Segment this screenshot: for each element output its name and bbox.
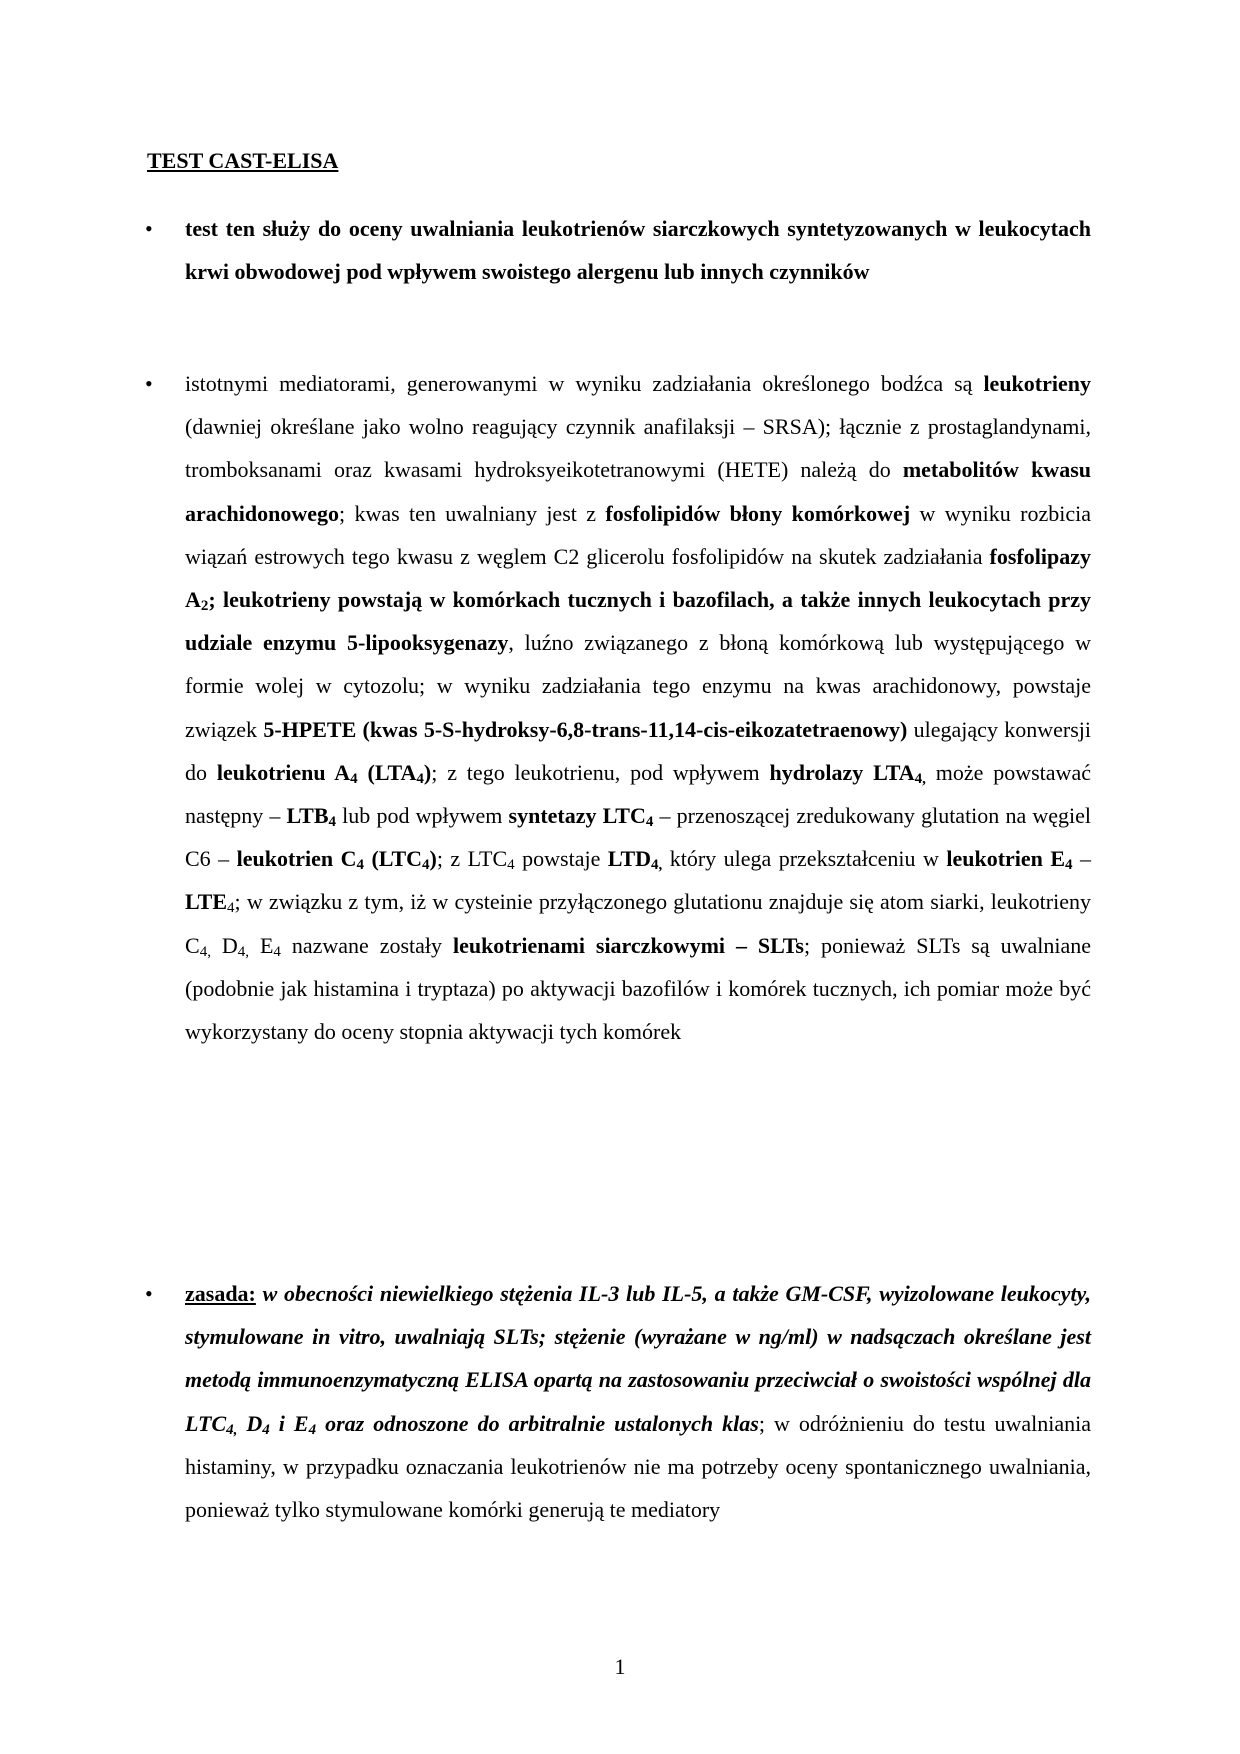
text-run: 4, bbox=[200, 944, 211, 960]
document-title: TEST CAST-ELISA bbox=[147, 148, 338, 174]
bullet-item-principle: • zasada: w obecności niewielkiego stęże… bbox=[145, 1272, 1091, 1531]
text-run: ; kwas ten uwalniany jest z bbox=[339, 501, 605, 526]
text-run: 4 bbox=[350, 771, 358, 787]
text-run: 4 bbox=[329, 814, 337, 830]
text-run: (LTC bbox=[364, 846, 422, 871]
text-run: syntetazy LTC bbox=[509, 803, 646, 828]
bullet-icon: • bbox=[145, 362, 153, 405]
text-run: który ulega przekształceniu w bbox=[662, 846, 946, 871]
text-run: ; z tego leukotrienu, pod wpływem bbox=[431, 760, 769, 785]
text-run: leukotrien C bbox=[237, 846, 357, 871]
bullet-item-mediators: • istotnymi mediatorami, generowanymi w … bbox=[145, 362, 1091, 1053]
text-run: 4, bbox=[226, 1422, 237, 1438]
text-run: LTB bbox=[287, 803, 329, 828]
text-run: E bbox=[249, 933, 273, 958]
text-run: ) bbox=[430, 846, 437, 871]
text-run: hydrolazy LTA bbox=[770, 760, 915, 785]
text-run: leukotrienami siarczkowymi – SLTs bbox=[453, 933, 804, 958]
text-run: 4 bbox=[262, 1422, 270, 1438]
text-run: zasada: bbox=[185, 1281, 256, 1306]
text-run: LTE bbox=[185, 889, 227, 914]
text-run: 5-HPETE (kwas 5-S-hydroksy-6,8-trans-11,… bbox=[263, 717, 907, 742]
paragraph-purpose: test ten służy do oceny uwalniania leuko… bbox=[185, 207, 1091, 293]
text-run: ; z LTC bbox=[437, 846, 507, 871]
page-number: 1 bbox=[0, 1654, 1240, 1680]
text-run: 4, bbox=[651, 857, 662, 873]
text-run: powstaje bbox=[515, 846, 608, 871]
text-run: oraz odnoszone do arbitralnie ustalonych… bbox=[316, 1411, 759, 1436]
text-run: 4 bbox=[416, 771, 424, 787]
text-run: 4 bbox=[507, 857, 515, 873]
text-run: 4, bbox=[915, 771, 926, 787]
text-run: 4 bbox=[273, 944, 281, 960]
text-run: (LTA bbox=[358, 760, 417, 785]
text-run: 4 bbox=[227, 900, 235, 916]
text-run: lub pod wpływem bbox=[336, 803, 508, 828]
text-run: leukotrieny bbox=[983, 371, 1091, 396]
text-run: nazwane zostały bbox=[281, 933, 453, 958]
paragraph-mediators: istotnymi mediatorami, generowanymi w wy… bbox=[185, 362, 1091, 1053]
text-run: LTD bbox=[608, 846, 651, 871]
text-run: 4 bbox=[357, 857, 365, 873]
text-run: istotnymi mediatorami, generowanymi w wy… bbox=[185, 371, 983, 396]
text-run: 4 bbox=[309, 1422, 317, 1438]
text-run: fosfolipidów błony komórkowej bbox=[605, 501, 910, 526]
text-run: D bbox=[211, 933, 238, 958]
text-run: 4 bbox=[422, 857, 430, 873]
text-run: D bbox=[237, 1411, 262, 1436]
text-run: – bbox=[1073, 846, 1091, 871]
text-run: leukotrienu A bbox=[217, 760, 350, 785]
text-run: leukotrien E bbox=[946, 846, 1065, 871]
text-run: ; bbox=[208, 587, 223, 612]
document-page: TEST CAST-ELISA • test ten służy do ocen… bbox=[0, 0, 1240, 1754]
text-run: test ten służy do oceny uwalniania leuko… bbox=[185, 216, 1091, 284]
text-run: i E bbox=[270, 1411, 309, 1436]
paragraph-principle: zasada: w obecności niewielkiego stężeni… bbox=[185, 1272, 1091, 1531]
bullet-item-purpose: • test ten służy do oceny uwalniania leu… bbox=[145, 207, 1091, 293]
bullet-icon: • bbox=[145, 1272, 153, 1315]
bullet-icon: • bbox=[145, 207, 153, 250]
text-run: 4, bbox=[238, 944, 249, 960]
text-run: 4 bbox=[1065, 857, 1073, 873]
